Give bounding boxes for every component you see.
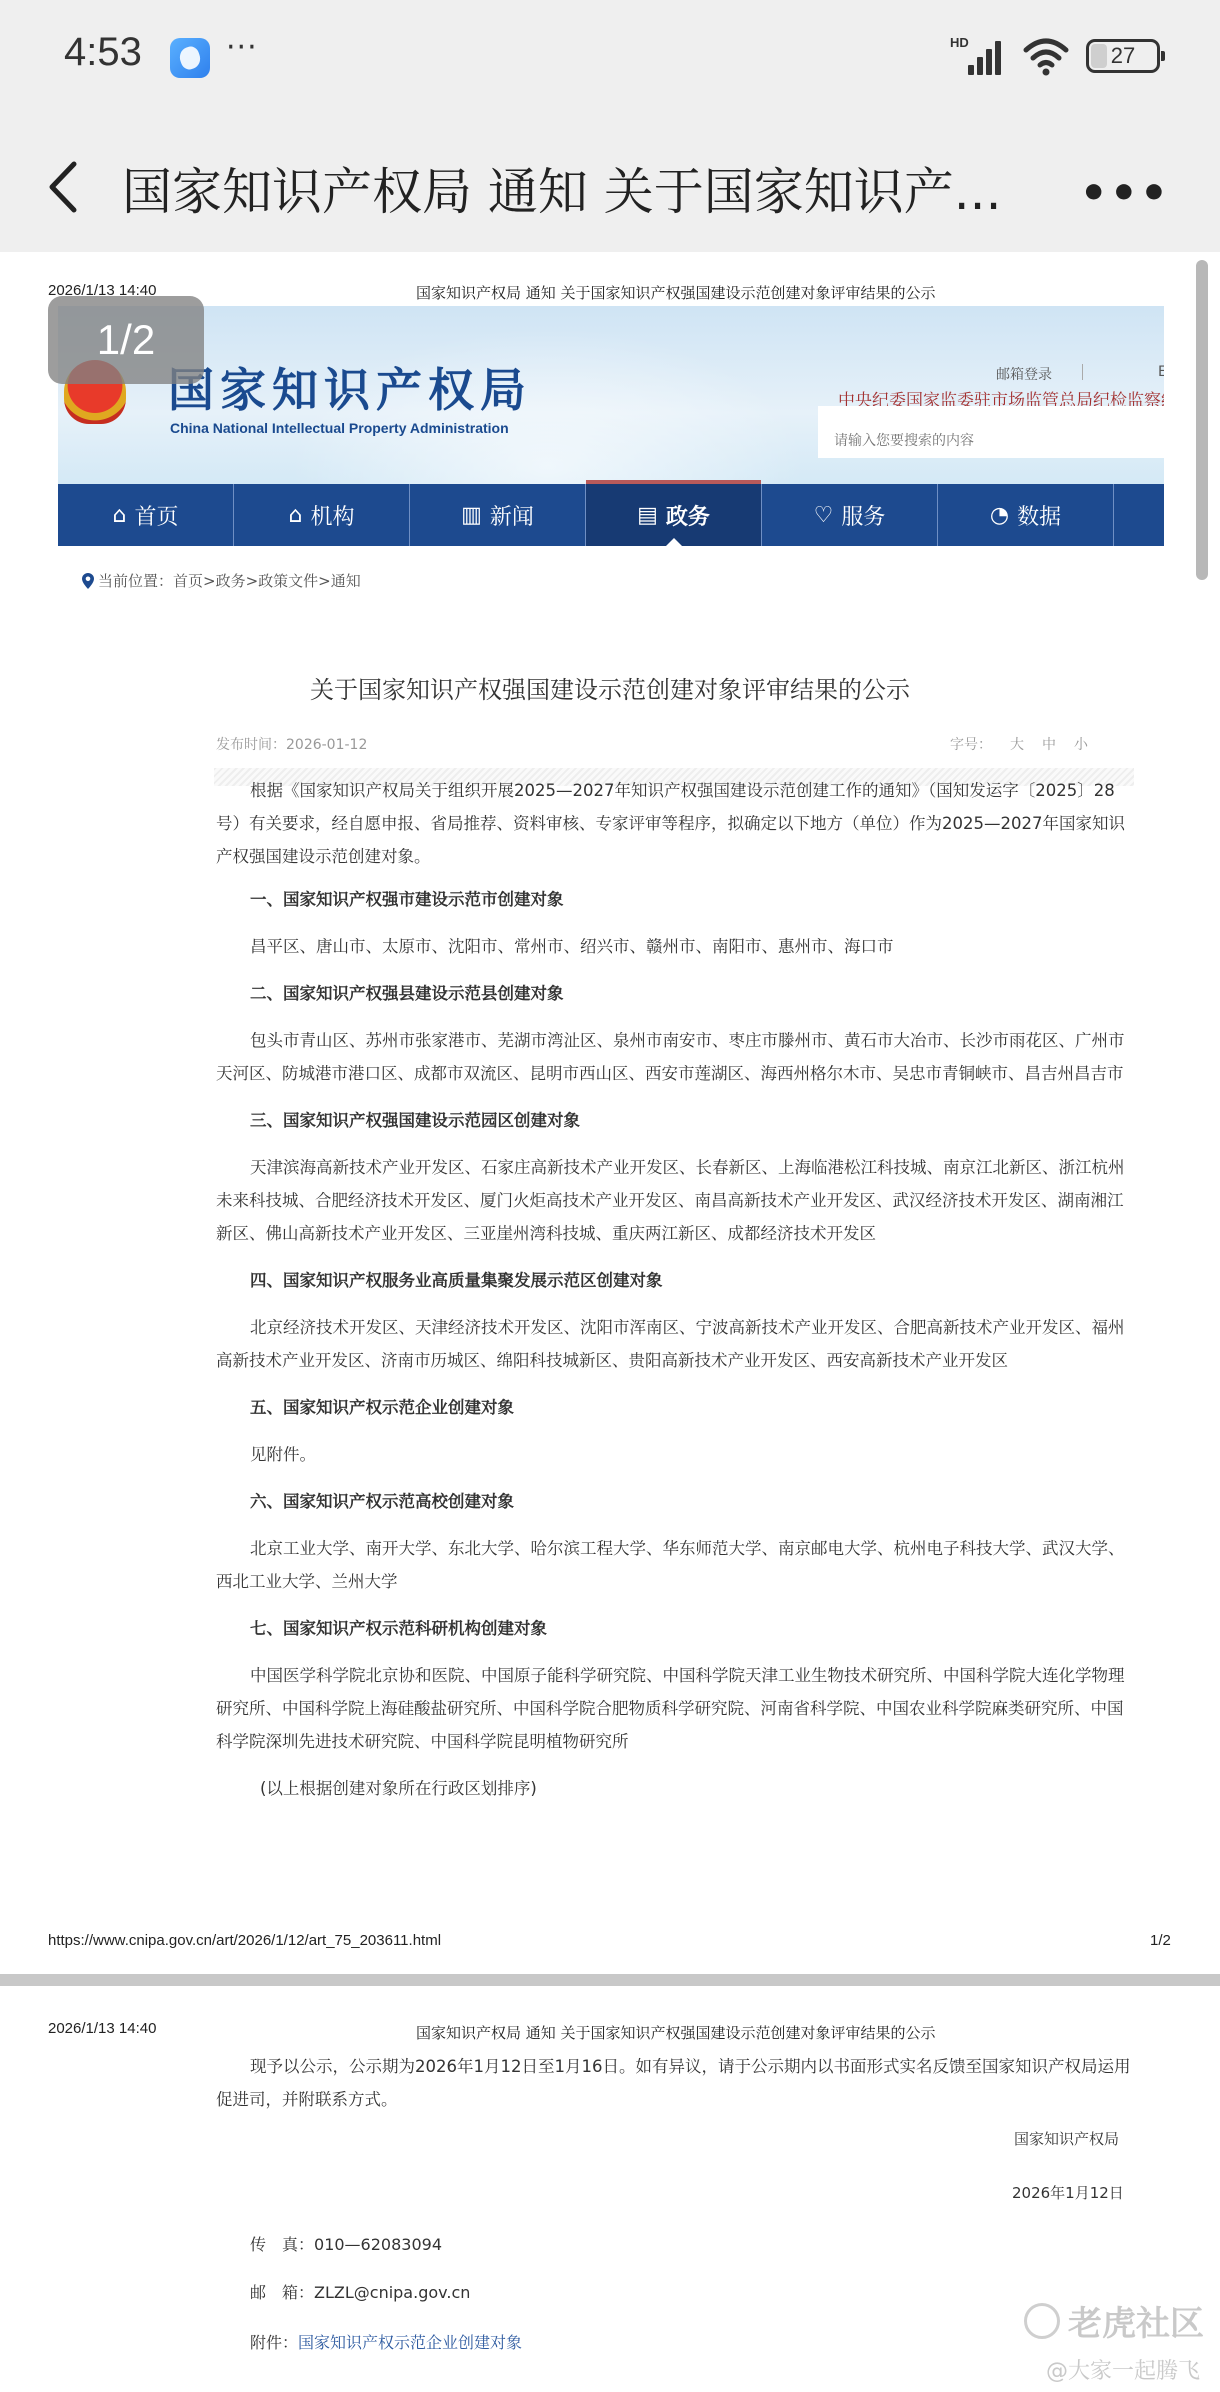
pie-chart-icon: ◔	[990, 503, 1009, 528]
notice-paragraph: 现予以公示，公示期为2026年1月12日至1月16日。如有异议，请于公示期内以书…	[216, 2050, 1134, 2116]
attachment-row: 附件：国家知识产权示范企业创建对象	[250, 2330, 522, 2353]
more-menu-button[interactable]: •••	[1080, 168, 1170, 219]
fax-label: 传 真：	[250, 2235, 314, 2254]
font-size-large[interactable]: 大	[1010, 734, 1024, 754]
breadcrumb: 当前位置：首页>政务>政策文件>通知	[82, 570, 361, 591]
battery-level: 27	[1111, 43, 1135, 68]
section-heading: 七、国家知识产权示范科研机构创建对象	[216, 1612, 1134, 1645]
home-icon: ⌂	[113, 503, 127, 528]
publish-time: 发布时间：2026-01-12	[216, 734, 367, 754]
section-content: 天津滨海高新技术产业开发区、石家庄高新技术产业开发区、长春新区、上海临港松江科技…	[216, 1151, 1134, 1250]
nav-more[interactable]	[1114, 484, 1164, 546]
document-icon: ▤	[637, 503, 658, 528]
scrollbar[interactable]	[1196, 260, 1208, 580]
nav-label: 新闻	[490, 500, 534, 531]
app-nav-bar: 国家知识产权局 通知 关于国家知识产... •••	[0, 112, 1220, 252]
article-body: 根据《国家知识产权局关于组织开展2025—2027年知识产权强国建设示范创建工作…	[216, 774, 1134, 1805]
nav-news[interactable]: ▥新闻	[410, 484, 586, 546]
attachment-link[interactable]: 国家知识产权示范企业创建对象	[298, 2333, 522, 2352]
back-button[interactable]	[40, 152, 88, 222]
search-input[interactable]	[818, 406, 1164, 458]
font-size-small[interactable]: 小	[1074, 734, 1088, 754]
section-heading: 三、国家知识产权强国建设示范园区创建对象	[216, 1104, 1134, 1137]
section-content: 北京工业大学、南开大学、东北大学、哈尔滨工程大学、华东师范大学、南京邮电大学、杭…	[216, 1532, 1134, 1598]
nav-service[interactable]: ♡服务	[762, 484, 938, 546]
signature-org: 国家知识产权局	[1014, 2128, 1119, 2149]
page-url: https://www.cnipa.gov.cn/art/2026/1/12/a…	[48, 1932, 441, 1949]
battery-icon: 27	[1086, 39, 1160, 73]
english-link[interactable]: E	[1158, 364, 1164, 380]
nav-institution[interactable]: ⌂机构	[234, 484, 410, 546]
status-time: 4:53	[64, 30, 142, 75]
site-banner: 国家知识产权局 China National Intellectual Prop…	[58, 306, 1164, 484]
watermark-brand-text: 老虎社区	[1068, 2296, 1204, 2345]
nav-label: 服务	[841, 500, 885, 531]
section-heading: 五、国家知识产权示范企业创建对象	[216, 1391, 1134, 1424]
page-separator	[0, 1974, 1220, 1986]
section-heading: 二、国家知识产权强县建设示范县创建对象	[216, 977, 1134, 1010]
signature-date: 2026年1月12日	[1012, 2182, 1124, 2203]
nav-label: 机构	[310, 500, 354, 531]
nav-home[interactable]: ⌂首页	[58, 484, 234, 546]
section-content: 昌平区、唐山市、太原市、沈阳市、常州市、绍兴市、赣州市、南阳市、惠州市、海口市	[216, 930, 1134, 963]
print-header-title: 国家知识产权局 通知 关于国家知识产权强国建设示范创建对象评审结果的公示	[416, 282, 936, 303]
email-address[interactable]: ZLZL@cnipa.gov.cn	[314, 2283, 470, 2302]
news-icon: ▥	[461, 503, 482, 528]
section-content: 北京经济技术开发区、天津经济技术开发区、沈阳市浑南区、宁波高新技术产业开发区、合…	[216, 1311, 1134, 1377]
pdf-page-1: 2026/1/13 14:40 国家知识产权局 通知 关于国家知识产权强国建设示…	[0, 252, 1220, 1974]
service-heart-icon: ♡	[814, 503, 834, 528]
app-notification-icon	[170, 38, 210, 78]
section-heading: 六、国家知识产权示范高校创建对象	[216, 1485, 1134, 1518]
section-content: 包头市青山区、苏州市张家港市、芜湖市湾沚区、泉州市南安市、枣庄市滕州市、黄石市大…	[216, 1024, 1134, 1090]
institution-icon: ⌂	[289, 503, 303, 528]
mail-login-link[interactable]: 邮箱登录	[996, 364, 1052, 384]
section-heading: 四、国家知识产权服务业高质量集聚发展示范区创建对象	[216, 1264, 1134, 1297]
fax-row: 传 真：010—62083094	[250, 2232, 442, 2255]
breadcrumb-text[interactable]: 当前位置：首页>政务>政策文件>通知	[98, 570, 361, 591]
tiger-community-logo-icon	[1024, 2303, 1060, 2339]
nav-data[interactable]: ◔数据	[938, 484, 1114, 546]
nav-government-affairs[interactable]: ▤政务	[586, 484, 762, 546]
nav-label: 政务	[666, 500, 710, 531]
more-notifications-icon: ···	[226, 30, 258, 65]
font-size-control: 字号： 大 中 小	[950, 734, 1088, 754]
intro-paragraph: 根据《国家知识产权局关于组织开展2025—2027年知识产权强国建设示范创建工作…	[216, 774, 1134, 873]
signal-icon: HD	[950, 37, 1006, 75]
sorting-note: (以上根据创建对象所在行政区划排序)	[216, 1772, 1134, 1805]
page-title: 国家知识产权局 通知 关于国家知识产...	[122, 152, 1042, 224]
site-logo-cn[interactable]: 国家知识产权局	[168, 354, 532, 420]
page-number: 1/2	[1150, 1932, 1171, 1949]
location-pin-icon	[82, 573, 94, 589]
print-header-title: 国家知识产权局 通知 关于国家知识产权强国建设示范创建对象评审结果的公示	[416, 2022, 936, 2043]
fax-number: 010—62083094	[314, 2235, 442, 2254]
watermark-user: @大家一起腾飞	[1046, 2354, 1200, 2385]
nav-label: 首页	[134, 500, 178, 531]
attachment-label: 附件：	[250, 2333, 298, 2352]
nav-label: 数据	[1017, 500, 1061, 531]
site-logo-en: China National Intellectual Property Adm…	[170, 420, 509, 436]
section-content: 见附件。	[216, 1438, 1134, 1471]
print-date: 2026/1/13 14:40	[48, 2020, 156, 2037]
main-nav: ⌂首页 ⌂机构 ▥新闻 ▤政务 ♡服务 ◔数据	[58, 484, 1164, 546]
section-content: 中国医学科学院北京协和医院、中国原子能科学研究院、中国科学院天津工业生物技术研究…	[216, 1659, 1134, 1758]
status-bar: 4:53 ··· HD 27	[0, 0, 1220, 112]
divider	[1082, 364, 1083, 380]
article-title: 关于国家知识产权强国建设示范创建对象评审结果的公示	[0, 670, 1220, 705]
page-indicator: 1/2	[48, 296, 204, 384]
wifi-icon	[1022, 36, 1070, 76]
email-row: 邮 箱：ZLZL@cnipa.gov.cn	[250, 2280, 470, 2303]
watermark-brand: 老虎社区	[1024, 2296, 1204, 2345]
font-size-label: 字号：	[950, 734, 992, 754]
email-label: 邮 箱：	[250, 2283, 314, 2302]
network-type: HD	[950, 35, 969, 50]
section-heading: 一、国家知识产权强市建设示范市创建对象	[216, 883, 1134, 916]
font-size-medium[interactable]: 中	[1042, 734, 1056, 754]
